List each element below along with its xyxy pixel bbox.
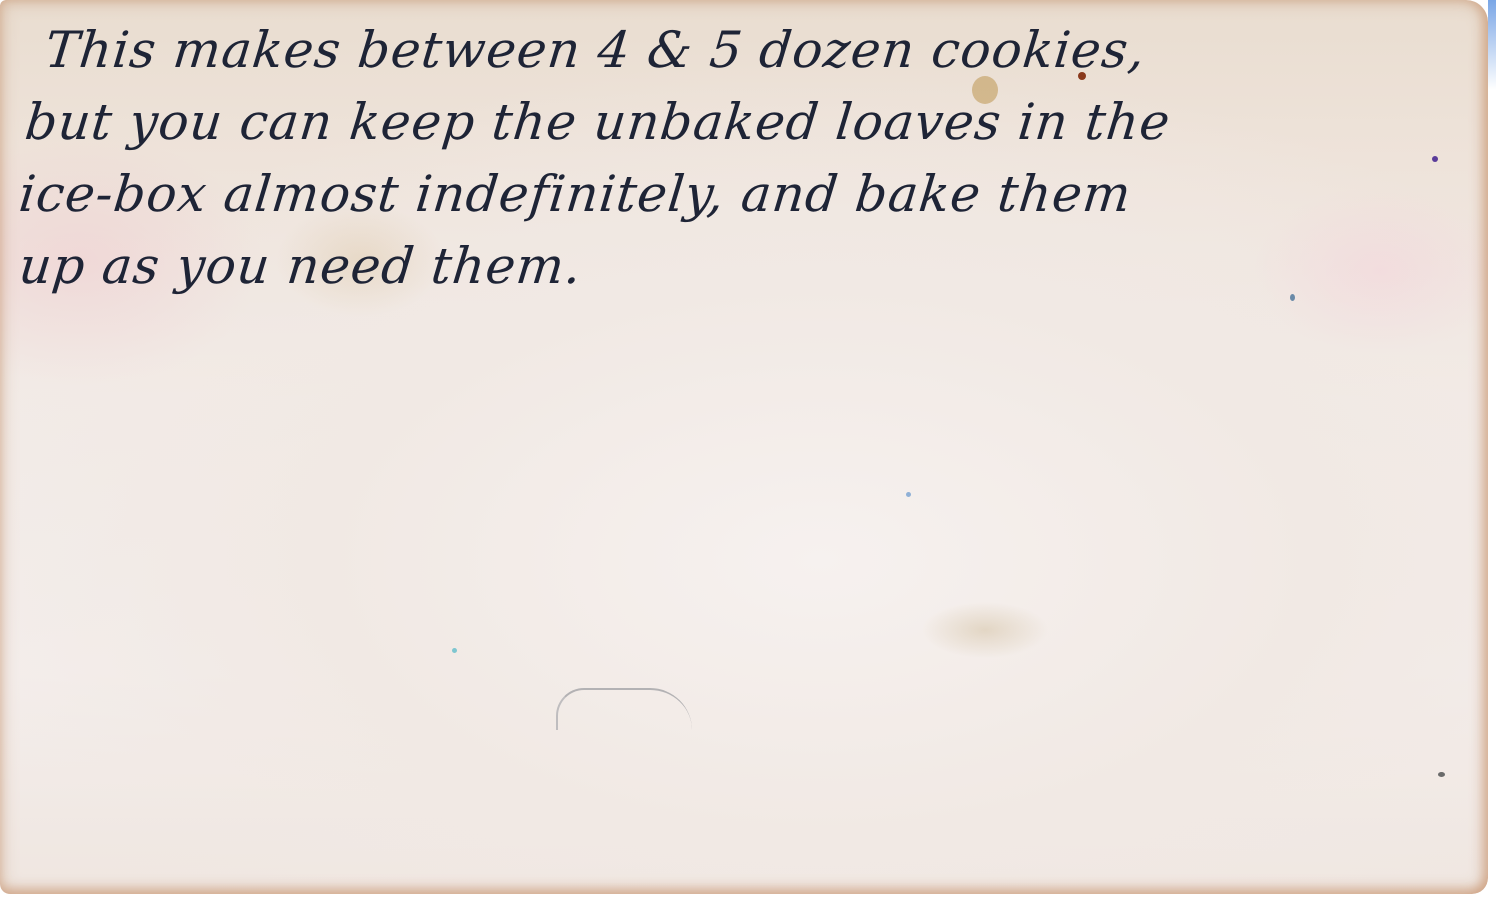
ink-speck xyxy=(1438,772,1445,777)
recipe-card: This makes between 4 & 5 dozen cookies, … xyxy=(0,0,1488,894)
ink-speck xyxy=(452,648,457,653)
handwritten-note: This makes between 4 & 5 dozen cookies, … xyxy=(14,18,1454,298)
stain-spot xyxy=(972,76,998,104)
ink-speck xyxy=(906,492,911,497)
note-line-3: ice-box almost indefinitely, and bake th… xyxy=(14,162,1461,226)
ink-speck xyxy=(1290,294,1295,301)
ink-speck xyxy=(1078,72,1086,80)
note-line-1: This makes between 4 & 5 dozen cookies, xyxy=(14,18,1461,82)
scan-border xyxy=(1488,0,1496,900)
ink-speck xyxy=(1432,156,1438,162)
paper-tear-mark xyxy=(556,688,692,730)
note-line-2: but you can keep the unbaked loaves in t… xyxy=(14,90,1461,154)
scanned-recipe-card: This makes between 4 & 5 dozen cookies, … xyxy=(0,0,1496,900)
note-line-4: up as you need them. xyxy=(14,234,1461,298)
